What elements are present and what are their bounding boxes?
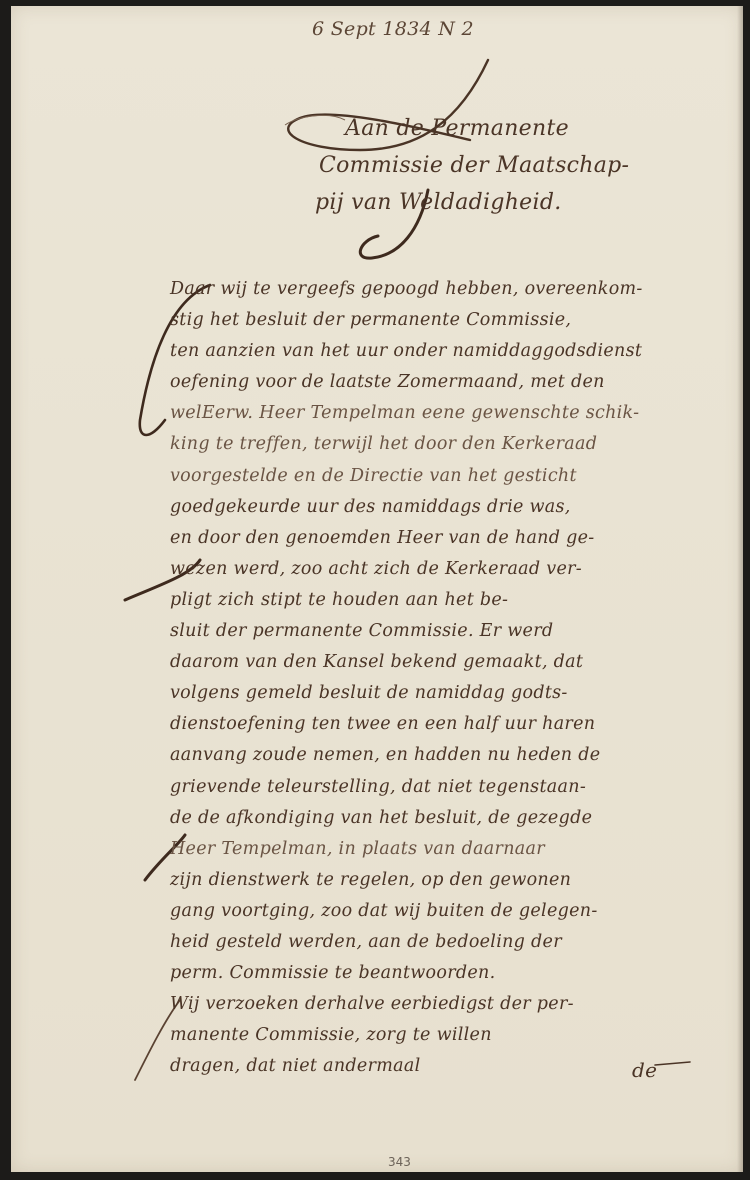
body-line: sluit der permanente Commissie. Er werd: [170, 616, 643, 647]
body-line: gang voortging, zoo dat wij buiten de ge…: [170, 896, 643, 927]
body-line: volgens gemeld besluit de namiddag godts…: [170, 678, 643, 709]
body-line: pligt zich stipt te houden aan het be-: [170, 585, 643, 616]
body-line: king te treffen, terwijl het door den Ke…: [170, 429, 643, 460]
body-line: de de afkondiging van het besluit, de ge…: [170, 803, 643, 834]
body-line: goedgekeurde uur des namiddags drie was,: [170, 492, 643, 523]
body-line: manente Commissie, zorg te willen: [170, 1020, 643, 1051]
body-line: daarom van den Kansel bekend gemaakt, da…: [170, 647, 643, 678]
body-line: voorgestelde en de Directie van het gest…: [170, 461, 643, 492]
letter-body: Daar wij te vergeefs gepoogd hebben, ove…: [170, 274, 643, 1082]
address-line: pij van Weldadigheid.: [315, 184, 629, 221]
dateline: 6 Sept 1834 N 2: [312, 18, 474, 40]
address-block: Aan de Permanente Commissie der Maatscha…: [315, 110, 629, 221]
body-line: dragen, dat niet andermaal: [170, 1051, 643, 1082]
body-line: ten aanzien van het uur onder namiddaggo…: [170, 336, 643, 367]
body-line: Wij verzoeken derhalve eerbiedigst der p…: [170, 989, 643, 1020]
body-line: welEerw. Heer Tempelman eene gewenschte …: [170, 398, 643, 429]
body-line: grievende teleurstelling, dat niet tegen…: [170, 772, 643, 803]
scanned-document-viewport: 6 Sept 1834 N 2 Aan de Permanente Commis…: [0, 0, 750, 1180]
address-line: Aan de Permanente: [315, 110, 629, 147]
body-line: wezen werd, zoo acht zich de Kerkeraad v…: [170, 554, 643, 585]
body-line: en door den genoemden Heer van de hand g…: [170, 523, 643, 554]
body-line: zijn dienstwerk te regelen, op den gewon…: [170, 865, 643, 896]
body-line: aanvang zoude nemen, en hadden nu heden …: [170, 740, 643, 771]
catchword: de: [632, 1058, 657, 1082]
folio-number: 343: [388, 1155, 411, 1169]
body-line: heid gesteld werden, aan de bedoeling de…: [170, 927, 643, 958]
body-line: Daar wij te vergeefs gepoogd hebben, ove…: [170, 274, 643, 305]
body-line: perm. Commissie te beantwoorden.: [170, 958, 643, 989]
body-line: dienstoefening ten twee en een half uur …: [170, 709, 643, 740]
body-line: stig het besluit der permanente Commissi…: [170, 305, 643, 336]
body-line: Heer Tempelman, in plaats van daarnaar: [170, 834, 643, 865]
address-line: Commissie der Maatschap-: [315, 147, 629, 184]
body-line: oefening voor de laatste Zomermaand, met…: [170, 367, 643, 398]
